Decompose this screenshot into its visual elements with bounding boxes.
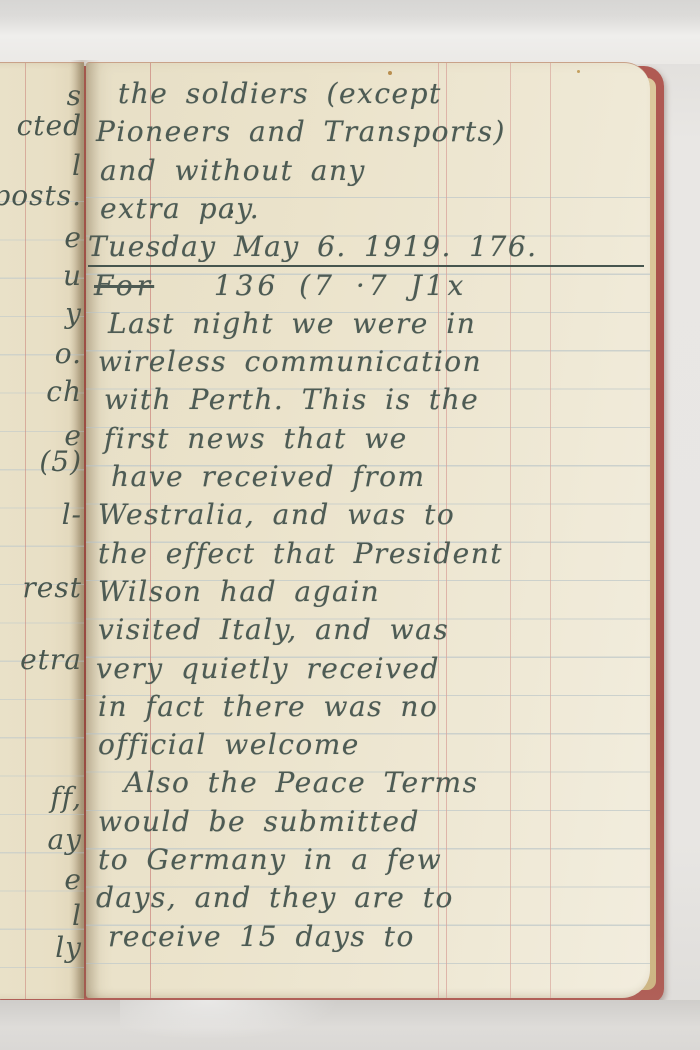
backdrop — [0, 0, 700, 64]
photo-backdrop: { "photo": { "subject": "Handwritten WWI… — [0, 0, 700, 1050]
notebook-photo: sctedlposts.euyo.che(5)l-restetraff,ayel… — [0, 0, 700, 1050]
backdrop-highlight — [120, 1000, 340, 1040]
page-fragment: l — [72, 899, 82, 932]
handwriting-line: Last night we were in — [108, 307, 476, 341]
page-fragment: y — [65, 297, 82, 330]
handwriting-line: Westralia, and was to — [98, 498, 455, 532]
handwriting-line: have received from — [111, 460, 426, 494]
handwriting-line: For 136 (7 ·7 J1x — [94, 269, 467, 303]
page-fragment: l- — [62, 498, 82, 531]
handwriting-line: official welcome — [98, 728, 360, 762]
paper-stain — [388, 71, 392, 75]
page-fragment: l — [72, 149, 82, 182]
handwriting-line: with Perth. This is the — [104, 383, 479, 417]
handwriting-line: in fact there was no — [98, 690, 438, 724]
handwriting-line: Also the Peace Terms — [124, 766, 478, 800]
page-fragment: ay — [47, 823, 82, 856]
handwriting-line: Pioneers and Transports) — [96, 115, 506, 149]
handwriting-line: very quietly received — [96, 652, 440, 686]
page-fragment: u — [63, 259, 82, 292]
paper-stain — [577, 70, 580, 73]
entry-heading: Tuesday May 6. 1919. 176. — [88, 230, 644, 267]
handwriting-line: extra pay. — [100, 192, 260, 226]
page-fragment: ly — [55, 931, 82, 964]
handwriting-line: days, and they are to — [96, 881, 454, 915]
handwriting-line: visited Italy, and was — [98, 613, 449, 647]
handwriting-line: would be submitted — [98, 805, 420, 839]
backdrop-shadow — [0, 1000, 700, 1050]
handwriting-line: wireless communication — [98, 345, 482, 379]
handwriting-line: receive 15 days to — [108, 920, 415, 954]
struck-word: For — [94, 269, 154, 302]
handwriting-line: Wilson had again — [98, 575, 380, 609]
handwriting-line: the soldiers (except — [118, 77, 442, 111]
page-fragment: o. — [55, 337, 82, 370]
handwriting-line: to Germany in a few — [98, 843, 442, 877]
page-fragment: e — [64, 221, 82, 254]
handwriting-line: the effect that President — [98, 537, 503, 571]
page-fragment: etra — [20, 643, 82, 676]
page-fragment: ch — [46, 375, 82, 408]
page-fragment: posts. — [0, 179, 82, 212]
cash-column-line — [510, 63, 511, 998]
handwriting-line: first news that we — [104, 422, 408, 456]
page-fragment: cted — [17, 109, 82, 142]
page-fragment: s — [67, 79, 82, 112]
page-fragment: rest — [22, 571, 82, 604]
notebook-page: the soldiers (exceptPioneers and Transpo… — [86, 62, 650, 998]
page-fragment: e — [64, 863, 82, 896]
handwriting-line: and without any — [100, 154, 366, 188]
page-fragment: ff, — [50, 781, 82, 814]
left-page-edge: sctedlposts.euyo.che(5)l-restetraff,ayel… — [0, 62, 84, 999]
cash-column-line — [550, 63, 551, 998]
page-fragment: (5) — [39, 445, 82, 478]
